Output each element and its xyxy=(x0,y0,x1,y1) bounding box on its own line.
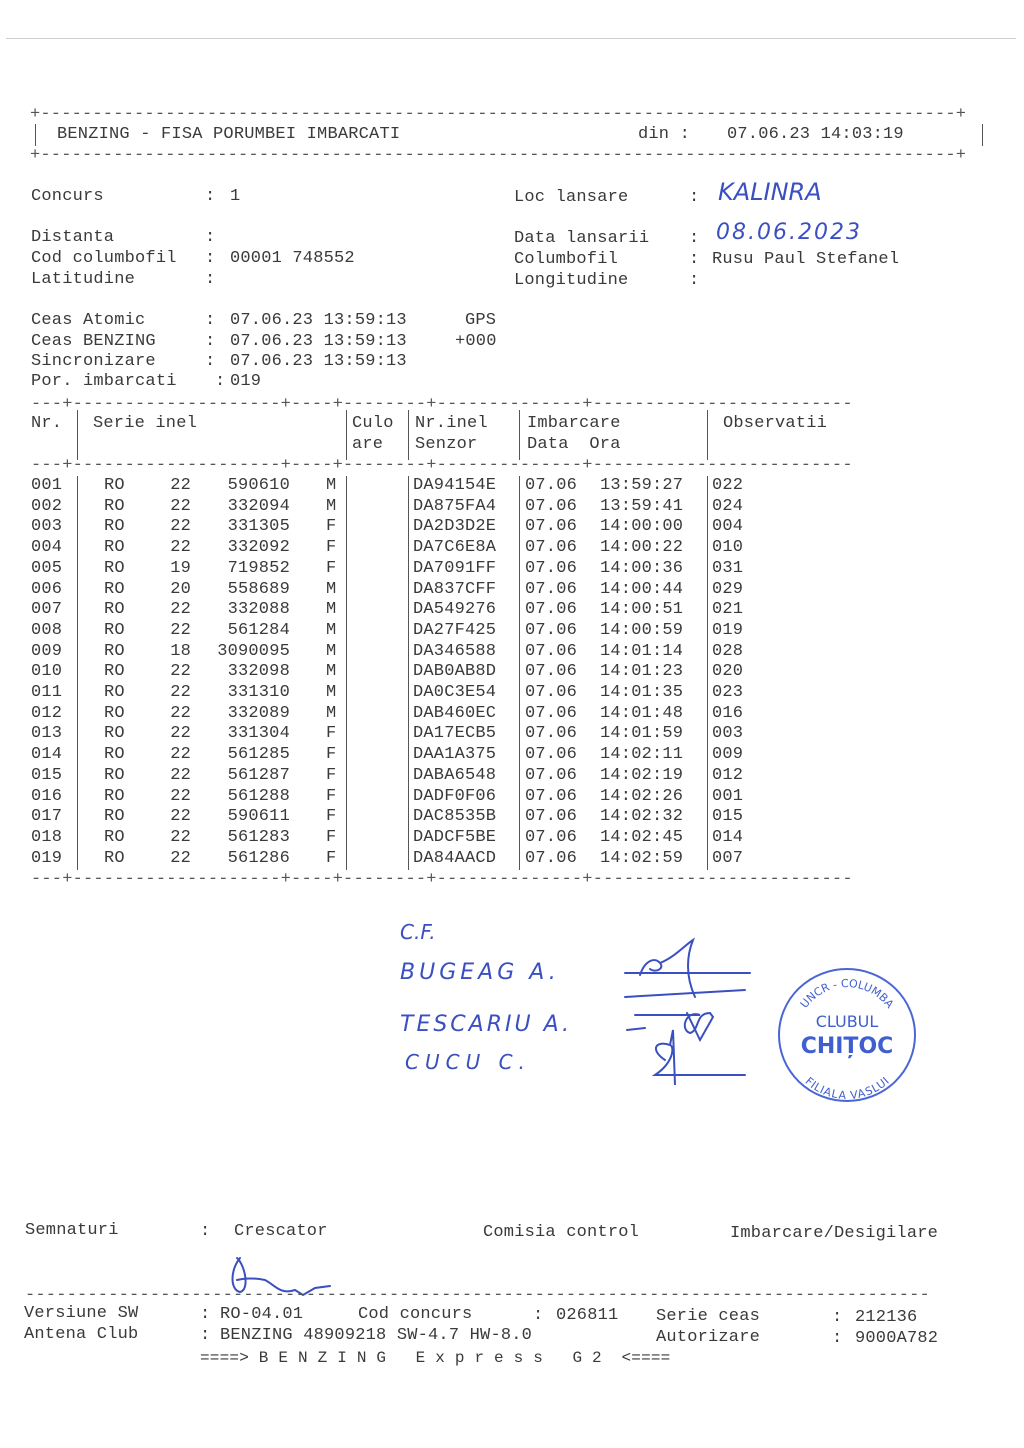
cell-senzor: DAA1A375 xyxy=(413,745,496,765)
versiune-sw-colon: : xyxy=(200,1305,210,1325)
col-sep xyxy=(707,787,708,809)
col-sep xyxy=(408,704,409,726)
col-sep xyxy=(519,538,520,560)
cell-year: 20 xyxy=(167,580,191,600)
commission-heading: C.F. xyxy=(400,920,436,944)
loc-lansare-handwritten: KALINRA xyxy=(718,178,822,206)
ceas-benzing-value: 07.06.23 13:59:13 xyxy=(230,332,407,352)
col-sep xyxy=(519,683,520,705)
data-lansarii-label: Data lansarii xyxy=(514,229,649,249)
cell-time: 14:01:23 xyxy=(600,662,683,682)
cell-ring: 558689 xyxy=(198,580,290,600)
cell-ring: 331310 xyxy=(198,683,290,703)
col-sep xyxy=(707,559,708,581)
col-sep xyxy=(707,724,708,746)
col-sep xyxy=(346,807,347,829)
cell-country: RO xyxy=(104,517,125,537)
cell-date: 07.06 xyxy=(525,538,577,558)
cell-observatii: 004 xyxy=(712,517,743,537)
cell-senzor: DAB0AB8D xyxy=(413,662,496,682)
semnaturi-label: Semnaturi xyxy=(25,1221,119,1241)
cell-date: 07.06 xyxy=(525,849,577,869)
autorizare-colon: : xyxy=(832,1329,842,1349)
cell-senzor: DA84AACD xyxy=(413,849,496,869)
cell-time: 13:59:41 xyxy=(600,497,683,517)
cell-country: RO xyxy=(104,497,125,517)
cell-year: 22 xyxy=(167,704,191,724)
serie-ceas-value: 212136 xyxy=(855,1308,917,1328)
cell-year: 22 xyxy=(167,621,191,641)
col-sep xyxy=(408,476,409,498)
col-sep xyxy=(707,807,708,829)
cell-nr: 001 xyxy=(31,476,62,496)
sincronizare-label: Sincronizare xyxy=(31,352,156,372)
col-sep xyxy=(346,600,347,622)
antena-club-label: Antena Club xyxy=(24,1325,138,1345)
cell-country: RO xyxy=(104,828,125,848)
cell-nr: 009 xyxy=(31,642,62,662)
cell-ring: 3090095 xyxy=(198,642,290,662)
cell-time: 14:02:32 xyxy=(600,807,683,827)
cell-year: 18 xyxy=(167,642,191,662)
scan-edge xyxy=(6,38,1016,39)
antena-club-colon: : xyxy=(200,1326,210,1346)
cell-senzor: DA2D3D2E xyxy=(413,517,496,537)
cell-time: 14:00:00 xyxy=(600,517,683,537)
date-label: din : xyxy=(638,125,690,145)
col-sep xyxy=(707,828,708,850)
cell-year: 22 xyxy=(167,807,191,827)
cell-senzor: DADCF5BE xyxy=(413,828,496,848)
col-sep xyxy=(519,766,520,788)
longitudine-label: Longitudine xyxy=(514,271,628,291)
col-sep xyxy=(707,538,708,560)
cell-year: 22 xyxy=(167,828,191,848)
cell-sex: F xyxy=(326,538,336,558)
data-lansarii-colon: : xyxy=(689,229,699,249)
col-sep xyxy=(408,600,409,622)
cell-nr: 010 xyxy=(31,662,62,682)
cell-ring: 561288 xyxy=(198,787,290,807)
cell-observatii: 001 xyxy=(712,787,743,807)
col-sep xyxy=(77,766,78,788)
cell-nr: 005 xyxy=(31,559,62,579)
col-sep xyxy=(408,538,409,560)
cell-year: 22 xyxy=(167,497,191,517)
cell-sex: F xyxy=(326,724,336,744)
col-sep xyxy=(408,849,409,871)
cell-sex: F xyxy=(326,517,336,537)
cod-columbofil-colon: : xyxy=(205,249,215,269)
cell-ring: 561285 xyxy=(198,745,290,765)
col-sep xyxy=(77,517,78,539)
concurs-value: 1 xyxy=(230,187,240,207)
cell-time: 14:00:36 xyxy=(600,559,683,579)
cell-year: 22 xyxy=(167,600,191,620)
cell-date: 07.06 xyxy=(525,683,577,703)
cell-observatii: 023 xyxy=(712,683,743,703)
cell-senzor: DA0C3E54 xyxy=(413,683,496,703)
loc-lansare-label: Loc lansare xyxy=(514,188,628,208)
col-sep xyxy=(519,849,520,871)
cell-sex: M xyxy=(326,476,336,496)
cell-time: 14:02:59 xyxy=(600,849,683,869)
cell-sex: M xyxy=(326,683,336,703)
cell-time: 14:00:44 xyxy=(600,580,683,600)
col-sep xyxy=(707,600,708,622)
cell-time: 14:02:19 xyxy=(600,766,683,786)
distanta-label: Distanta xyxy=(31,228,114,248)
cell-sex: M xyxy=(326,642,336,662)
cell-senzor: DA7091FF xyxy=(413,559,496,579)
cod-columbofil-label: Cod columbofil xyxy=(31,249,177,269)
cell-year: 22 xyxy=(167,683,191,703)
cell-nr: 015 xyxy=(31,766,62,786)
cell-sex: F xyxy=(326,807,336,827)
col-sep xyxy=(77,704,78,726)
stamp-top-arc: UNCR - COLUMBA xyxy=(798,977,897,1011)
print-date: 07.06.23 14:03:19 xyxy=(727,125,904,145)
cell-nr: 013 xyxy=(31,724,62,744)
cell-observatii: 015 xyxy=(712,807,743,827)
col-sep xyxy=(707,704,708,726)
col-header-culoare-2: are xyxy=(352,435,383,455)
cell-year: 22 xyxy=(167,849,191,869)
cell-time: 14:00:51 xyxy=(600,600,683,620)
cell-sex: M xyxy=(326,662,336,682)
cell-senzor: DA7C6E8A xyxy=(413,538,496,558)
cell-sex: F xyxy=(326,828,336,848)
col-sep xyxy=(346,683,347,705)
col-sep xyxy=(519,517,520,539)
cell-ring: 331304 xyxy=(198,724,290,744)
col-sep xyxy=(408,662,409,684)
col-sep xyxy=(346,642,347,664)
cell-year: 22 xyxy=(167,724,191,744)
col-sep xyxy=(408,621,409,643)
col-sep xyxy=(408,745,409,767)
cell-ring: 332094 xyxy=(198,497,290,517)
cell-ring: 561283 xyxy=(198,828,290,848)
col-header-imbarcare-1: Imbarcare xyxy=(527,414,621,434)
cell-date: 07.06 xyxy=(525,807,577,827)
col-sep xyxy=(408,787,409,809)
col-sep xyxy=(707,849,708,871)
col-sep xyxy=(408,497,409,519)
col-sep xyxy=(346,497,347,519)
cell-nr: 006 xyxy=(31,580,62,600)
serie-ceas-colon: : xyxy=(832,1308,842,1328)
col-sep xyxy=(408,559,409,581)
cell-time: 14:01:14 xyxy=(600,642,683,662)
cell-senzor: DA549276 xyxy=(413,600,496,620)
col-sep xyxy=(519,410,520,460)
cell-ring: 331305 xyxy=(198,517,290,537)
semnaturi-colon: : xyxy=(200,1222,210,1242)
ceas-benzing-label: Ceas BENZING xyxy=(31,332,156,352)
antena-club-value: BENZING 48909218 SW-4.7 HW-8.0 xyxy=(220,1326,532,1346)
col-header-nr: Nr. xyxy=(31,414,62,434)
header-border-top: +---------------------------------------… xyxy=(30,105,966,125)
cell-observatii: 020 xyxy=(712,662,743,682)
cell-date: 07.06 xyxy=(525,517,577,537)
cell-senzor: DAB460EC xyxy=(413,704,496,724)
col-sep xyxy=(77,787,78,809)
col-sep xyxy=(707,766,708,788)
comisia-control-label: Comisia control xyxy=(483,1223,639,1243)
col-sep xyxy=(77,683,78,705)
cell-date: 07.06 xyxy=(525,600,577,620)
commission-member-1: BUGEAG A. xyxy=(400,960,560,985)
loc-lansare-colon: : xyxy=(689,188,699,208)
col-sep xyxy=(519,476,520,498)
club-stamp: UNCR - COLUMBA FILIALA VASLUI CLUBUL CHI… xyxy=(775,965,920,1105)
col-sep xyxy=(408,807,409,829)
col-sep xyxy=(77,538,78,560)
cell-time: 14:00:22 xyxy=(600,538,683,558)
columbofil-label: Columbofil xyxy=(514,250,618,270)
por-imbarcati-label: Por. imbarcati xyxy=(31,372,177,392)
cell-sex: M xyxy=(326,704,336,724)
cell-observatii: 031 xyxy=(712,559,743,579)
col-sep xyxy=(77,476,78,498)
latitudine-label: Latitudine xyxy=(31,270,135,290)
cell-year: 22 xyxy=(167,662,191,682)
col-header-observatii: Observatii xyxy=(723,414,827,434)
col-sep xyxy=(519,662,520,684)
header-border-right xyxy=(982,124,983,146)
col-sep xyxy=(519,787,520,809)
imbarcare-desigilare-label: Imbarcare/Desigilare xyxy=(730,1224,938,1244)
cell-date: 07.06 xyxy=(525,724,577,744)
col-sep xyxy=(77,745,78,767)
cell-ring: 332089 xyxy=(198,704,290,724)
por-imbarcati-value: 019 xyxy=(230,372,261,392)
col-sep xyxy=(707,410,708,460)
cell-nr: 014 xyxy=(31,745,62,765)
cell-nr: 016 xyxy=(31,787,62,807)
col-sep xyxy=(77,849,78,871)
cell-ring: 561284 xyxy=(198,621,290,641)
col-sep xyxy=(519,621,520,643)
col-sep xyxy=(346,766,347,788)
cell-nr: 007 xyxy=(31,600,62,620)
col-sep xyxy=(519,828,520,850)
col-sep xyxy=(346,621,347,643)
cell-date: 07.06 xyxy=(525,497,577,517)
cell-nr: 008 xyxy=(31,621,62,641)
cell-observatii: 021 xyxy=(712,600,743,620)
col-sep xyxy=(77,621,78,643)
cell-senzor: DADF0F06 xyxy=(413,787,496,807)
col-sep xyxy=(77,580,78,602)
col-sep xyxy=(707,683,708,705)
document-title: BENZING - FISA PORUMBEI IMBARCATI xyxy=(57,125,400,145)
cell-time: 14:01:48 xyxy=(600,704,683,724)
svg-text:FILIALA VASLUI: FILIALA VASLUI xyxy=(803,1075,892,1103)
cell-observatii: 009 xyxy=(712,745,743,765)
col-sep xyxy=(519,704,520,726)
cell-nr: 012 xyxy=(31,704,62,724)
col-sep xyxy=(707,642,708,664)
concurs-label: Concurs xyxy=(31,187,104,207)
col-sep xyxy=(346,517,347,539)
col-sep xyxy=(346,580,347,602)
cell-country: RO xyxy=(104,724,125,744)
cell-country: RO xyxy=(104,704,125,724)
cell-time: 14:02:45 xyxy=(600,828,683,848)
commission-member-2: TESCARIU A. xyxy=(400,1012,572,1037)
cell-sex: M xyxy=(326,600,336,620)
cell-observatii: 019 xyxy=(712,621,743,641)
cell-senzor: DABA6548 xyxy=(413,766,496,786)
cell-year: 22 xyxy=(167,787,191,807)
cell-year: 22 xyxy=(167,538,191,558)
cell-country: RO xyxy=(104,621,125,641)
cell-senzor: DA875FA4 xyxy=(413,497,496,517)
col-sep xyxy=(346,724,347,746)
col-sep xyxy=(408,683,409,705)
cell-date: 07.06 xyxy=(525,745,577,765)
cell-country: RO xyxy=(104,745,125,765)
ceas-atomic-label: Ceas Atomic xyxy=(31,311,145,331)
cell-country: RO xyxy=(104,766,125,786)
col-header-imbarcare-2: Data Ora xyxy=(527,435,621,455)
cell-observatii: 014 xyxy=(712,828,743,848)
col-sep xyxy=(519,497,520,519)
cell-ring: 719852 xyxy=(198,559,290,579)
cell-date: 07.06 xyxy=(525,766,577,786)
cell-observatii: 012 xyxy=(712,766,743,786)
cell-country: RO xyxy=(104,476,125,496)
cell-year: 22 xyxy=(167,517,191,537)
col-sep xyxy=(519,642,520,664)
col-sep xyxy=(408,517,409,539)
cell-senzor: DA346588 xyxy=(413,642,496,662)
cell-time: 14:02:26 xyxy=(600,787,683,807)
cell-observatii: 028 xyxy=(712,642,743,662)
cell-date: 07.06 xyxy=(525,559,577,579)
cell-ring: 590611 xyxy=(198,807,290,827)
col-sep xyxy=(519,807,520,829)
col-sep xyxy=(346,476,347,498)
col-sep xyxy=(707,580,708,602)
cell-year: 22 xyxy=(167,766,191,786)
col-sep xyxy=(519,559,520,581)
data-lansarii-handwritten: 08.06.2023 xyxy=(716,220,862,245)
col-sep xyxy=(408,724,409,746)
cell-year: 22 xyxy=(167,476,191,496)
cell-country: RO xyxy=(104,538,125,558)
cell-observatii: 024 xyxy=(712,497,743,517)
col-sep xyxy=(707,517,708,539)
cell-ring: 332098 xyxy=(198,662,290,682)
cell-sex: F xyxy=(326,787,336,807)
col-sep xyxy=(408,410,409,460)
sincronizare-colon: : xyxy=(205,352,215,372)
cell-senzor: DA27F425 xyxy=(413,621,496,641)
col-sep xyxy=(77,828,78,850)
cell-date: 07.06 xyxy=(525,476,577,496)
crescator-label: Crescator xyxy=(234,1222,328,1242)
cell-country: RO xyxy=(104,849,125,869)
cell-date: 07.06 xyxy=(525,828,577,848)
cod-concurs-value: 026811 xyxy=(556,1306,618,1326)
cell-ring: 561287 xyxy=(198,766,290,786)
col-sep xyxy=(408,642,409,664)
col-sep xyxy=(519,745,520,767)
cell-time: 13:59:27 xyxy=(600,476,683,496)
ceas-atomic-colon: : xyxy=(205,311,215,331)
col-sep xyxy=(346,559,347,581)
col-sep xyxy=(519,580,520,602)
col-sep xyxy=(519,600,520,622)
col-sep xyxy=(707,662,708,684)
cell-country: RO xyxy=(104,600,125,620)
ceas-atomic-value: 07.06.23 13:59:13 xyxy=(230,311,407,331)
cell-observatii: 029 xyxy=(712,580,743,600)
columbofil-colon: : xyxy=(689,250,699,270)
col-sep xyxy=(346,849,347,871)
cell-date: 07.06 xyxy=(525,704,577,724)
col-sep xyxy=(77,559,78,581)
col-sep xyxy=(346,662,347,684)
cell-senzor: DA837CFF xyxy=(413,580,496,600)
col-sep xyxy=(346,704,347,726)
cell-sex: F xyxy=(326,849,336,869)
cell-sex: M xyxy=(326,621,336,641)
concurs-colon: : xyxy=(205,187,215,207)
table-header-border-bottom: ---+--------------------+----+--------+-… xyxy=(31,456,853,476)
distanta-colon: : xyxy=(205,228,215,248)
cell-year: 19 xyxy=(167,559,191,579)
col-sep xyxy=(408,766,409,788)
cell-sex: F xyxy=(326,559,336,579)
cod-concurs-label: Cod concurs xyxy=(358,1305,472,1325)
cell-country: RO xyxy=(104,683,125,703)
cell-nr: 018 xyxy=(31,828,62,848)
cell-country: RO xyxy=(104,662,125,682)
cell-observatii: 022 xyxy=(712,476,743,496)
cell-time: 14:01:35 xyxy=(600,683,683,703)
cell-time: 14:00:59 xyxy=(600,621,683,641)
col-sep xyxy=(346,410,347,460)
cell-sex: F xyxy=(326,766,336,786)
cell-nr: 017 xyxy=(31,807,62,827)
cell-sex: F xyxy=(326,745,336,765)
table-border-top: ---+--------------------+----+--------+-… xyxy=(31,395,853,415)
col-header-nr-inel-1: Nr.inel xyxy=(415,414,488,434)
col-sep xyxy=(707,621,708,643)
cell-sex: M xyxy=(326,580,336,600)
cell-time: 14:01:59 xyxy=(600,724,683,744)
autorizare-value: 9000A782 xyxy=(855,1329,938,1349)
cell-ring: 561286 xyxy=(198,849,290,869)
col-sep xyxy=(346,745,347,767)
cell-country: RO xyxy=(104,807,125,827)
longitudine-colon: : xyxy=(689,271,699,291)
cell-country: RO xyxy=(104,559,125,579)
commission-signatures xyxy=(615,935,760,1085)
col-sep xyxy=(519,724,520,746)
benzing-express-banner: ====> B E N Z I N G E x p r e s s G 2 <=… xyxy=(200,1348,670,1368)
col-sep xyxy=(77,642,78,664)
cell-observatii: 010 xyxy=(712,538,743,558)
columbofil-value: Rusu Paul Stefanel xyxy=(712,250,899,270)
col-sep xyxy=(77,600,78,622)
cell-date: 07.06 xyxy=(525,642,577,662)
ceas-benzing-suffix: +000 xyxy=(455,332,497,352)
